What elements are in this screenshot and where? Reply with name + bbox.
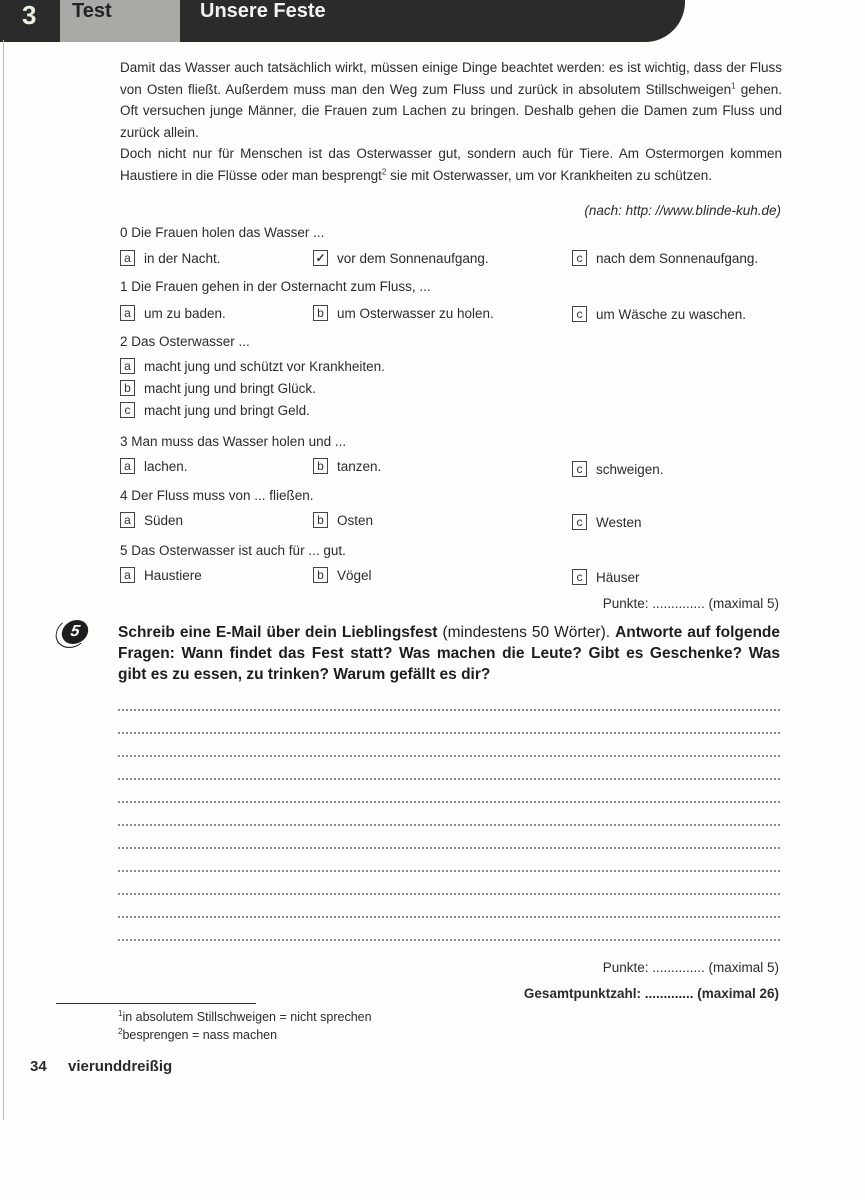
score-line-task-5: Punkte: .............. (maximal 5) (603, 960, 779, 975)
option-label: in der Nacht. (144, 251, 221, 266)
answer-checkbox[interactable]: a (120, 250, 135, 266)
option-label: nach dem Sonnenaufgang. (596, 251, 758, 266)
question-4-option-a[interactable]: aSüden (120, 512, 183, 528)
page-number-word: vierunddreißig (68, 1058, 172, 1075)
question-3-option-a[interactable]: alachen. (120, 458, 188, 474)
answer-checkbox[interactable]: a (120, 567, 135, 583)
option-label: Westen (596, 515, 642, 530)
option-label: Süden (144, 513, 183, 528)
question-1-option-c[interactable]: cum Wäsche zu waschen. (572, 306, 746, 322)
option-label: Vögel (337, 568, 372, 583)
question-0-option-a[interactable]: ain der Nacht. (120, 250, 221, 266)
option-label: macht jung und bringt Geld. (144, 403, 310, 418)
answer-checkbox[interactable]: a (120, 305, 135, 321)
question-2-option-b[interactable]: bmacht jung und bringt Glück. (120, 380, 316, 396)
question-1-option-a[interactable]: aum zu baden. (120, 305, 226, 321)
writing-line[interactable] (118, 939, 780, 941)
option-label: schweigen. (596, 462, 664, 477)
answer-checkbox[interactable]: a (120, 358, 135, 374)
source-citation: (nach: http: //www.blinde-kuh.de) (584, 203, 781, 218)
page-number: 34 (30, 1058, 47, 1075)
question-5-option-b[interactable]: bVögel (313, 567, 372, 583)
footnote-1: 1in absolutem Stillschweigen = nicht spr… (118, 1010, 372, 1024)
option-label: macht jung und schützt vor Krankheiten. (144, 359, 385, 374)
answer-checkbox[interactable]: b (313, 567, 328, 583)
question-3-option-b[interactable]: btanzen. (313, 458, 381, 474)
answer-checkbox[interactable]: a (120, 512, 135, 528)
writing-line[interactable] (118, 916, 780, 918)
question-4-option-c[interactable]: cWesten (572, 514, 642, 530)
question-0: 0 Die Frauen holen das Wasser ... (120, 225, 324, 240)
answer-checkbox[interactable]: c (120, 402, 135, 418)
page-header-banner: 3 Test Unsere Feste (0, 0, 685, 42)
writing-line[interactable] (118, 893, 780, 895)
writing-line[interactable] (118, 847, 780, 849)
answer-checkbox[interactable]: b (313, 458, 328, 474)
writing-line[interactable] (118, 801, 780, 803)
question-1: 1 Die Frauen gehen in der Osternacht zum… (120, 279, 431, 294)
question-3: 3 Man muss das Wasser holen und ... (120, 434, 346, 449)
question-4-option-b[interactable]: bOsten (313, 512, 373, 528)
writing-line[interactable] (118, 870, 780, 872)
answer-checkbox[interactable]: c (572, 250, 587, 266)
option-label: Osten (337, 513, 373, 528)
task-number-icon: 5 (60, 620, 90, 644)
answer-checkbox[interactable]: c (572, 461, 587, 477)
question-1-option-b[interactable]: bum Osterwasser zu holen. (313, 305, 494, 321)
answer-checkbox[interactable]: b (313, 305, 328, 321)
option-label: lachen. (144, 459, 188, 474)
answer-checkbox[interactable]: c (572, 569, 587, 585)
question-2-option-c[interactable]: cmacht jung und bringt Geld. (120, 402, 310, 418)
total-score-line: Gesamtpunktzahl: ............. (maximal … (524, 986, 779, 1001)
question-0-option-b[interactable]: ✓vor dem Sonnenaufgang. (313, 250, 489, 266)
footnote-divider (56, 1003, 256, 1004)
option-label: tanzen. (337, 459, 381, 474)
writing-line[interactable] (118, 755, 780, 757)
writing-line[interactable] (118, 824, 780, 826)
question-5-option-a[interactable]: aHaustiere (120, 567, 202, 583)
question-5-option-c[interactable]: cHäuser (572, 569, 640, 585)
question-4: 4 Der Fluss muss von ... fließen. (120, 488, 314, 503)
writing-line[interactable] (118, 709, 780, 711)
reading-text: Damit das Wasser auch tatsächlich wirkt,… (120, 57, 782, 186)
question-2-option-a[interactable]: amacht jung und schützt vor Krankheiten. (120, 358, 385, 374)
reading-paragraph-1: Damit das Wasser auch tatsächlich wirkt,… (120, 57, 782, 143)
page-title: Unsere Feste (200, 0, 326, 23)
reading-paragraph-2: Doch nicht nur für Menschen ist das Oste… (120, 143, 782, 186)
page-edge-line (3, 40, 4, 1120)
answer-checkbox[interactable]: c (572, 306, 587, 322)
option-label: um Wäsche zu waschen. (596, 307, 746, 322)
question-0-option-c[interactable]: cnach dem Sonnenaufgang. (572, 250, 758, 266)
checked-box-icon[interactable]: ✓ (313, 250, 328, 266)
writing-line[interactable] (118, 778, 780, 780)
question-2: 2 Das Osterwasser ... (120, 334, 250, 349)
answer-checkbox[interactable]: c (572, 514, 587, 530)
task-5-instructions: Schreib eine E-Mail über dein Lieblingsf… (118, 622, 780, 685)
option-label: Häuser (596, 570, 640, 585)
answer-checkbox[interactable]: b (120, 380, 135, 396)
footnote-2: 2besprengen = nass machen (118, 1028, 277, 1042)
score-line-task-4: Punkte: .............. (maximal 5) (603, 596, 779, 611)
answer-checkbox[interactable]: a (120, 458, 135, 474)
unit-number: 3 (22, 0, 36, 40)
section-label: Test (60, 0, 180, 42)
option-label: macht jung und bringt Glück. (144, 381, 316, 396)
question-3-option-c[interactable]: cschweigen. (572, 461, 664, 477)
option-label: Haustiere (144, 568, 202, 583)
answer-checkbox[interactable]: b (313, 512, 328, 528)
writing-line[interactable] (118, 732, 780, 734)
option-label: um zu baden. (144, 306, 226, 321)
question-5: 5 Das Osterwasser ist auch für ... gut. (120, 543, 346, 558)
option-label: vor dem Sonnenaufgang. (337, 251, 489, 266)
option-label: um Osterwasser zu holen. (337, 306, 494, 321)
